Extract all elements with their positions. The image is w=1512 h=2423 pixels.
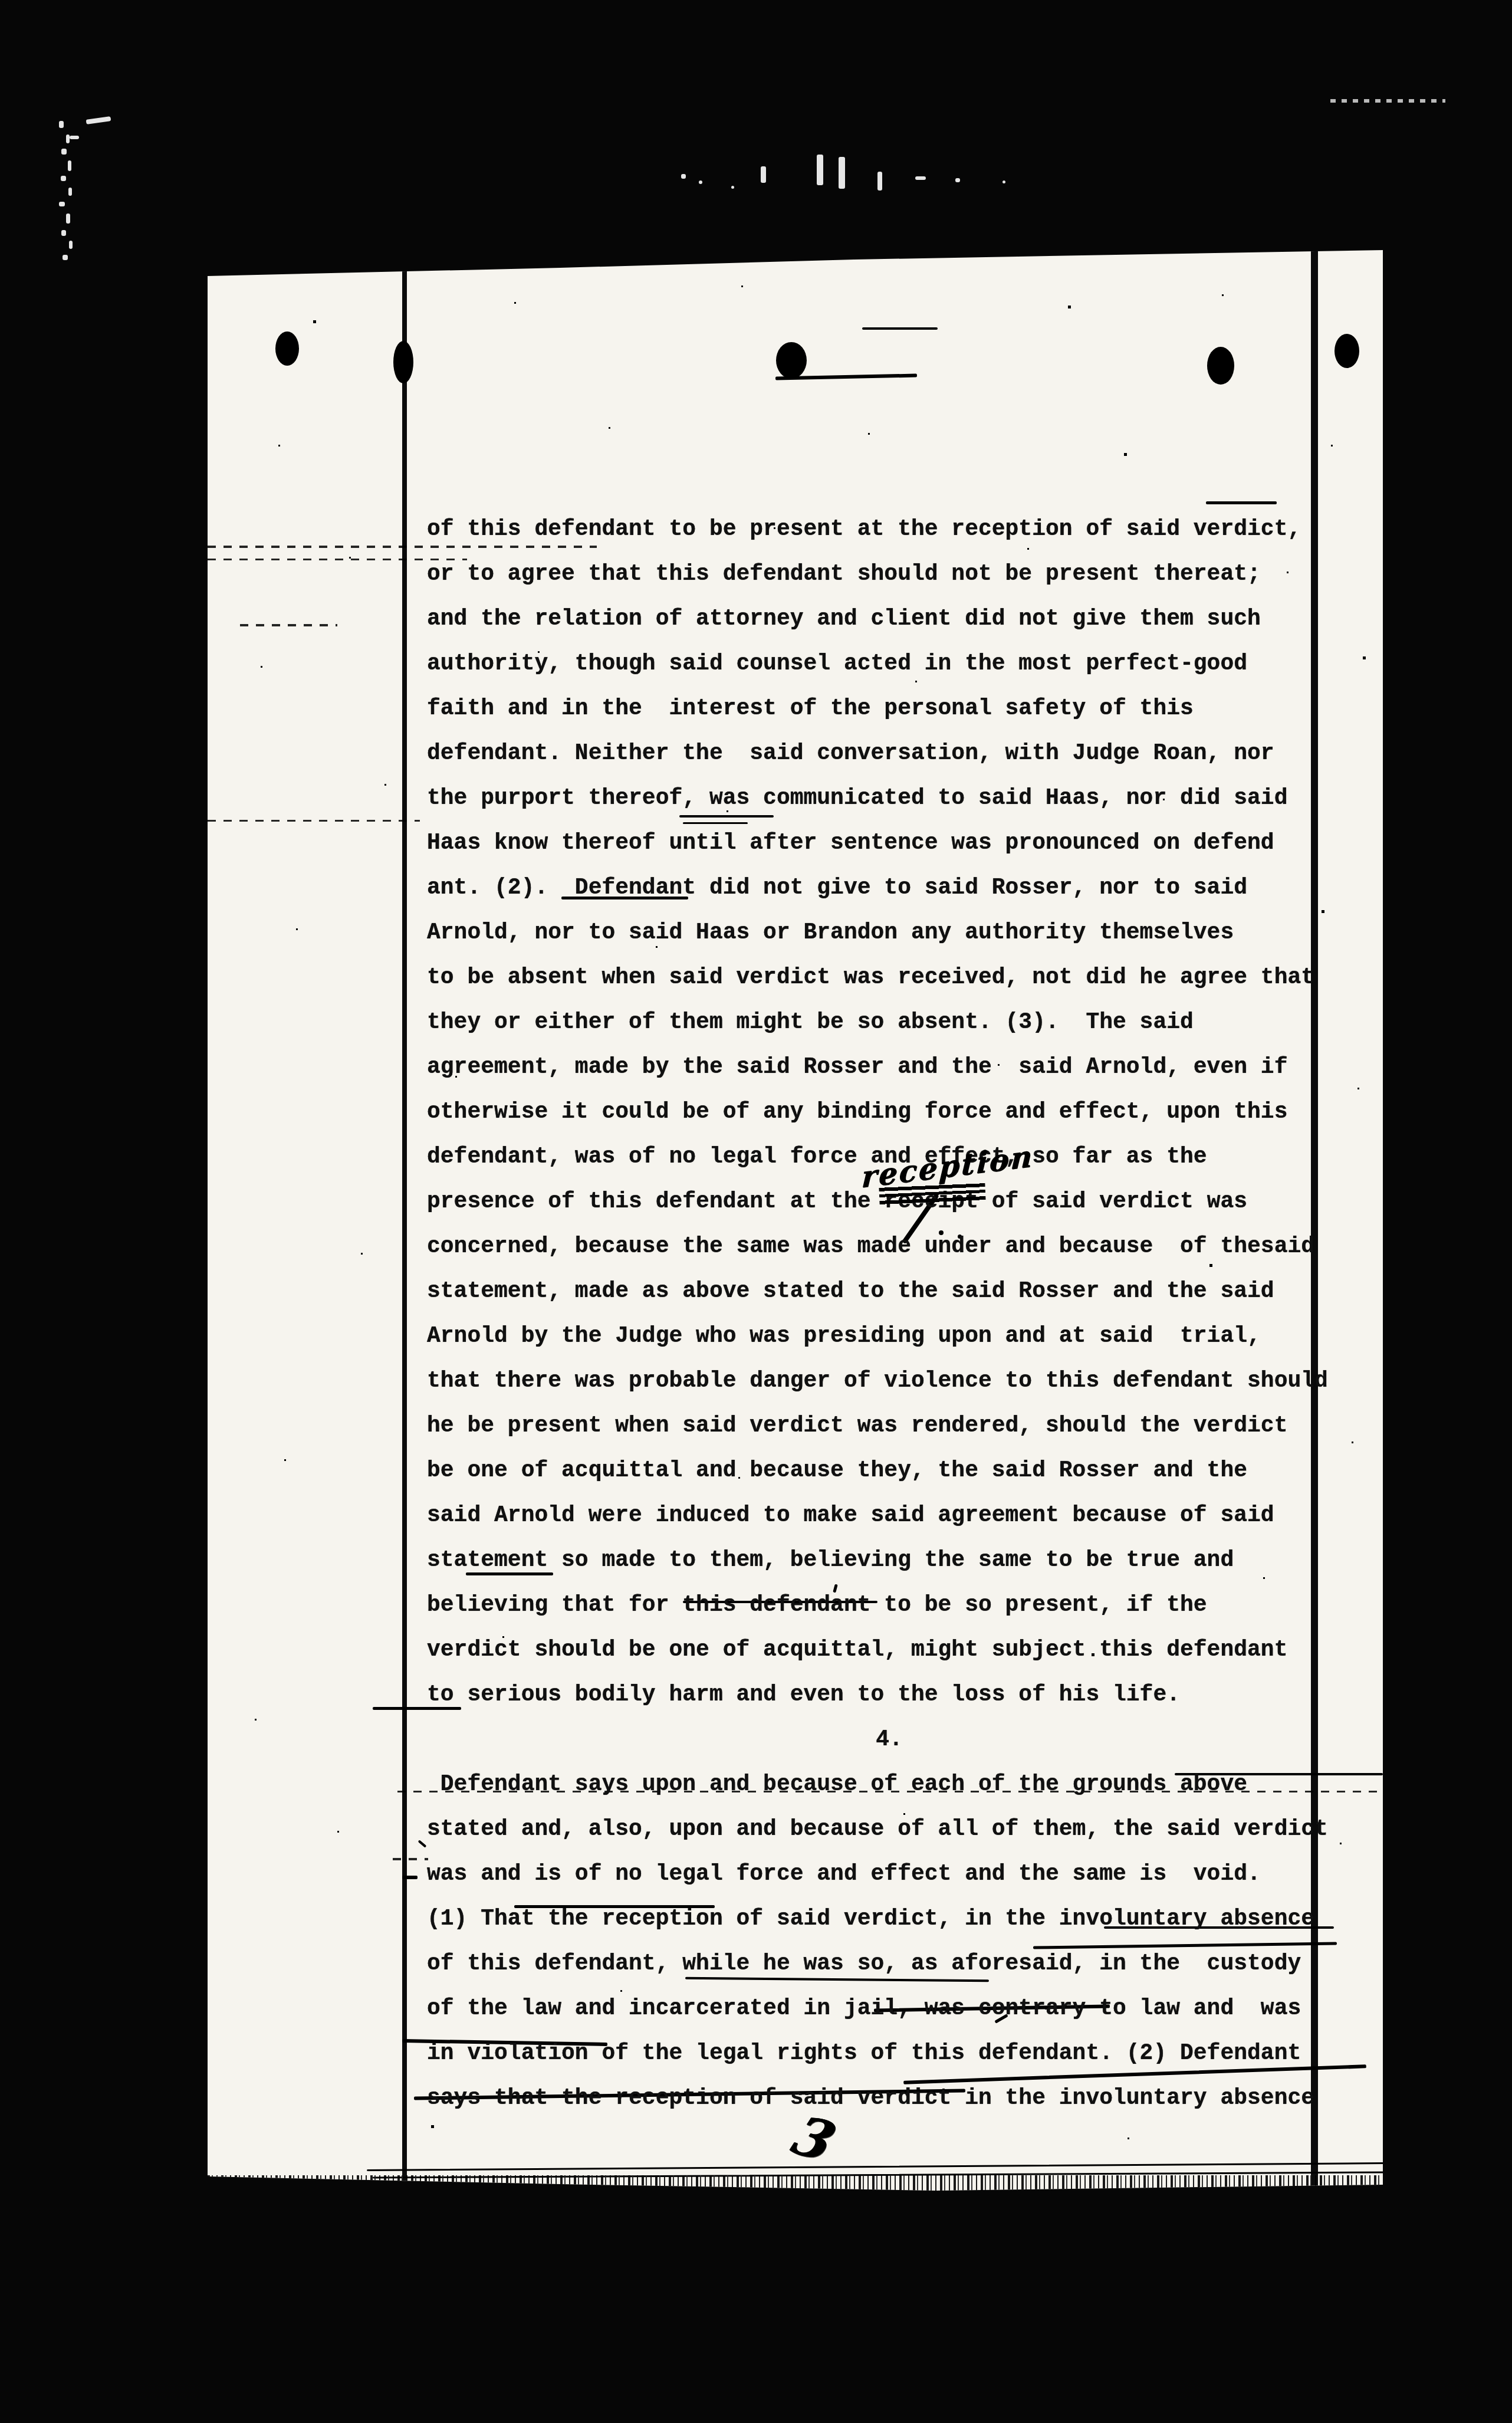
text-segment: Defendant says upon and because of each … — [427, 1772, 1247, 1797]
pen-mark — [402, 1876, 418, 1879]
punch-hole — [393, 341, 413, 383]
text-segment: says that the reception of said verdict … — [427, 2086, 1314, 2111]
pen-mark — [367, 2162, 1384, 2171]
text-line: said Arnold were induced to make said ag… — [427, 1493, 1352, 1538]
film-scratch-mark — [69, 241, 73, 249]
film-blotch — [817, 155, 823, 185]
text-line: otherwise it could be of any binding for… — [427, 1090, 1352, 1135]
text-segment: defendant, was of no legal force and eff… — [427, 1144, 1207, 1170]
film-blotch — [761, 166, 766, 183]
text-segment: of said verdict was — [978, 1189, 1247, 1214]
punch-hole — [776, 342, 807, 379]
microfilm-scan: { "document": { "lines": [ {"t":"of this… — [0, 0, 1512, 2423]
text-line: to be absent when said verdict was recei… — [427, 956, 1352, 1000]
pen-mark — [418, 1840, 427, 1847]
film-blotch — [681, 174, 686, 179]
film-scratch-mark — [61, 176, 66, 181]
pen-mark — [393, 1858, 428, 1860]
punch-hole — [275, 331, 299, 366]
film-scratch-mark — [59, 121, 64, 128]
text-line: to serious bodily harm and even to the l… — [427, 1673, 1352, 1718]
film-scratch-mark — [86, 116, 111, 124]
text-segment: (1) That the reception of said verdict, … — [427, 1906, 1314, 1932]
text-segment: he be present when said verdict was rend… — [427, 1413, 1287, 1439]
punch-hole — [1207, 347, 1234, 385]
text-segment: statement so made to them, believing the… — [427, 1548, 1234, 1573]
film-blotch — [839, 157, 845, 189]
text-segment: concerned, because the same was made und… — [427, 1234, 1314, 1259]
text-line: Arnold by the Judge who was presiding up… — [427, 1314, 1352, 1359]
film-scratch-mark — [68, 160, 71, 171]
text-line: of this defendant, while he was so, as a… — [427, 1942, 1352, 1987]
pen-mark — [240, 624, 337, 626]
film-scratch-mark — [63, 255, 68, 260]
text-line: of the law and incarcerated in jail, was… — [427, 1987, 1352, 2031]
film-blotch — [955, 178, 960, 182]
film-blotch — [915, 176, 926, 180]
pen-mark — [1206, 501, 1277, 504]
text-line: and the relation of attorney and client … — [427, 597, 1352, 642]
text-segment: of this defendant, while he was so, as a… — [427, 1951, 1301, 1977]
text-line: defendant. Neither the said conversation… — [427, 731, 1352, 776]
pen-mark — [208, 820, 420, 822]
text-line: of this defendant to be present at the r… — [427, 507, 1352, 552]
text-segment: defendant. Neither the said conversation… — [427, 741, 1274, 766]
text-segment: of the law and incarcerated in jail, was… — [427, 1996, 1301, 2021]
text-line: or to agree that this defendant should n… — [427, 552, 1352, 597]
typewritten-text: of this defendant to be present at the r… — [427, 507, 1352, 2121]
text-segment: agreement, made by the said Rosser and t… — [427, 1055, 1287, 1080]
text-line: statement so made to them, believing the… — [427, 1538, 1352, 1583]
text-line: faith and in the interest of the persona… — [427, 687, 1352, 731]
scan-speckles — [208, 250, 209, 252]
film-scratch-mark — [61, 149, 67, 155]
text-segment: ant. (2). Defendant did not give to said… — [427, 875, 1247, 901]
film-blotch — [877, 172, 882, 191]
text-segment: Arnold, nor to said Haas or Brandon any … — [427, 920, 1234, 945]
text-segment: in violation of the legal rights of this… — [427, 2041, 1301, 2066]
text-segment: be one of acquittal and because they, th… — [427, 1458, 1247, 1483]
text-line: says that the reception of said verdict … — [427, 2076, 1352, 2121]
film-blotch — [699, 180, 702, 184]
film-scratch-mark — [70, 136, 79, 139]
text-segment: Haas know thereof until after sentence w… — [427, 830, 1274, 856]
text-line: statement, made as above stated to the s… — [427, 1269, 1352, 1314]
text-segment: the purport thereof, was communicated to… — [427, 786, 1287, 811]
text-segment: 4. — [876, 1727, 903, 1752]
text-segment: faith and in the interest of the persona… — [427, 696, 1194, 721]
text-line: ant. (2). Defendant did not give to said… — [427, 866, 1352, 911]
text-segment: to be absent when said verdict was recei… — [427, 965, 1314, 990]
text-line: Arnold, nor to said Haas or Brandon any … — [427, 911, 1352, 956]
text-line: stated and, also, upon and because of al… — [427, 1807, 1352, 1852]
pen-mark — [862, 327, 938, 330]
text-segment: verdict should be one of acquittal, migh… — [427, 1637, 1287, 1663]
text-line: was and is of no legal force and effect … — [427, 1852, 1352, 1897]
text-line: (1) That the reception of said verdict, … — [427, 1897, 1352, 1942]
text-segment: and the relation of attorney and client … — [427, 606, 1261, 632]
text-line: in violation of the legal rights of this… — [427, 2031, 1352, 2076]
text-line: concerned, because the same was made und… — [427, 1224, 1352, 1269]
text-segment: Arnold by the Judge who was presiding up… — [427, 1324, 1261, 1349]
text-line: be one of acquittal and because they, th… — [427, 1449, 1352, 1493]
film-scratch-mark — [66, 134, 70, 143]
text-line: authority, though said counsel acted in … — [427, 642, 1352, 687]
text-segment: was and is of no legal force and effect … — [427, 1861, 1261, 1887]
film-scratch-mark — [66, 214, 70, 224]
text-segment: of this defendant to be present at the r… — [427, 517, 1301, 542]
text-segment: authority, though said counsel acted in … — [427, 651, 1247, 677]
text-segment: otherwise it could be of any binding for… — [427, 1099, 1287, 1125]
text-line: believing that for this defendant to be … — [427, 1583, 1352, 1628]
film-blotch — [1002, 180, 1005, 183]
text-segment: they or either of them might be so absen… — [427, 1010, 1194, 1035]
text-line: he be present when said verdict was rend… — [427, 1404, 1352, 1449]
text-segment: said Arnold were induced to make said ag… — [427, 1503, 1274, 1528]
text-line: 4. — [427, 1718, 1352, 1762]
text-segment: stated and, also, upon and because of al… — [427, 1817, 1328, 1842]
text-line: verdict should be one of acquittal, migh… — [427, 1628, 1352, 1673]
film-scratch-mark — [61, 230, 66, 236]
text-segment: presence of this defendant at the — [427, 1189, 884, 1214]
text-segment: to serious bodily harm and even to the l… — [427, 1682, 1180, 1708]
text-segment: believing that for this defendant to be … — [427, 1593, 1207, 1618]
text-line: that there was probable danger of violen… — [427, 1359, 1352, 1404]
text-line: the purport thereof, was communicated to… — [427, 776, 1352, 821]
text-segment: that there was probable danger of violen… — [427, 1368, 1328, 1394]
document-page: of this defendant to be present at the r… — [208, 250, 1383, 2191]
text-line: agreement, made by the said Rosser and t… — [427, 1045, 1352, 1090]
text-line: Haas know thereof until after sentence w… — [427, 821, 1352, 866]
text-line: Defendant says upon and because of each … — [427, 1762, 1352, 1807]
film-dotted-line — [1330, 99, 1445, 103]
film-edge-noise — [208, 2175, 1383, 2191]
film-scratch-mark — [68, 188, 72, 196]
punch-hole — [1334, 334, 1359, 368]
text-segment: or to agree that this defendant should n… — [427, 562, 1261, 587]
text-segment: statement, made as above stated to the s… — [427, 1279, 1274, 1304]
film-scratch-mark — [59, 202, 65, 206]
text-line: they or either of them might be so absen… — [427, 1000, 1352, 1045]
film-blotch — [731, 186, 734, 189]
